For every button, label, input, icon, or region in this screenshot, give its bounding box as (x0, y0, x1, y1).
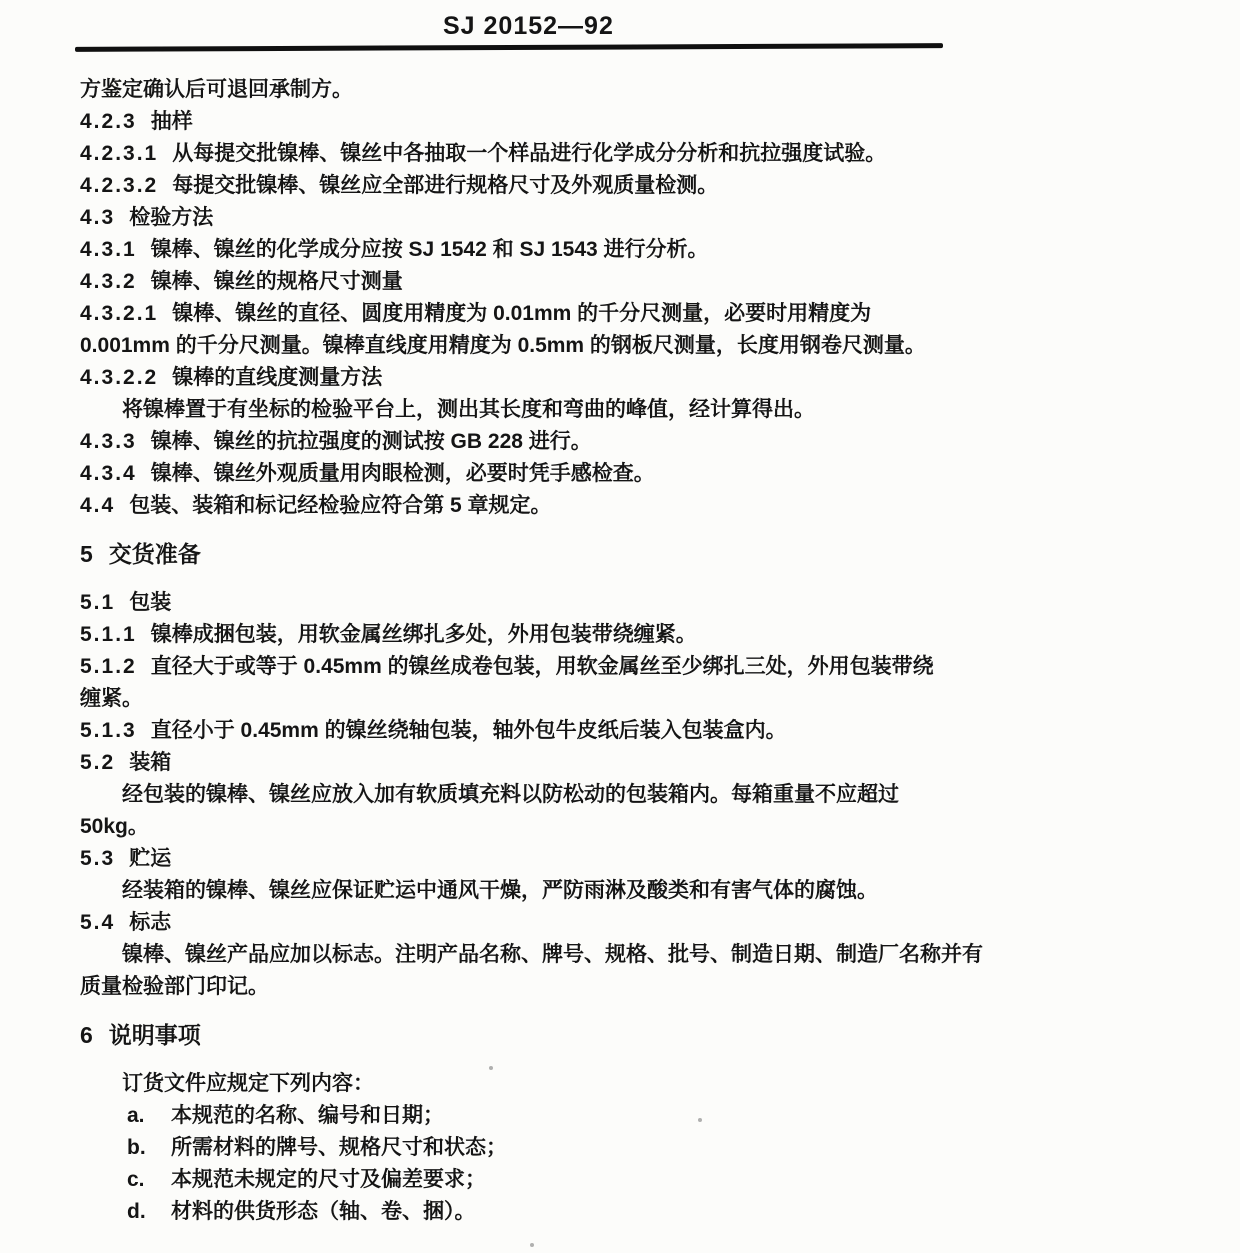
scan-speck (698, 1118, 702, 1122)
paragraph-line: 缠紧。 (80, 686, 1240, 712)
clause-line: 4.3.2.1镍棒、镍丝的直径、圆度用精度为 0.01mm 的千分尺测量，必要时… (80, 301, 1240, 327)
list-item: a.本规范的名称、编号和日期； (80, 1103, 1240, 1129)
line-text: 镍棒、镍丝的规格尺寸测量 (151, 270, 403, 293)
paragraph-line: 订货文件应规定下列内容： (80, 1071, 1240, 1097)
line-text: 经包装的镍棒、镍丝应放入加有软质填充料以防松动的包装箱内。每箱重量不应超过 (122, 783, 899, 806)
line-text: 0.001mm 的千分尺测量。镍棒直线度用精度为 0.5mm 的钢板尺测量，长度… (80, 334, 926, 357)
clause-number: 4.3.2.2 (80, 365, 158, 391)
clause-line: 4.3.3镍棒、镍丝的抗拉强度的测试按 GB 228 进行。 (80, 429, 1240, 455)
line-text: 交货准备 (109, 541, 201, 567)
clause-number: 4.3 (80, 205, 115, 231)
line-text: 贮运 (129, 847, 171, 870)
clause-number: 5.1 (80, 590, 115, 616)
section-heading: 5交货准备 (80, 540, 1240, 568)
line-text: 经装箱的镍棒、镍丝应保证贮运中通风干燥，严防雨淋及酸类和有害气体的腐蚀。 (122, 879, 878, 902)
line-text: 本规范未规定的尺寸及偏差要求； (171, 1168, 486, 1191)
page-header: SJ 20152—92 (0, 0, 1240, 50)
line-text: 镍棒、镍丝外观质量用肉眼检测，必要时凭手感检查。 (151, 462, 655, 485)
paragraph-line: 经装箱的镍棒、镍丝应保证贮运中通风干燥，严防雨淋及酸类和有害气体的腐蚀。 (80, 878, 1240, 904)
clause-number: 4.3.4 (80, 461, 137, 487)
clause-number: 5 (80, 540, 93, 568)
clause-line: 4.3.2镍棒、镍丝的规格尺寸测量 (80, 269, 1240, 295)
line-text: 镍棒、镍丝的抗拉强度的测试按 GB 228 进行。 (151, 430, 592, 453)
clause-line: 4.4包装、装箱和标记经检验应符合第 5 章规定。 (80, 493, 1240, 519)
clause-line: 5.4标志 (80, 910, 1240, 936)
clause-number: 4.3.3 (80, 429, 137, 455)
clause-number: 4.2.3.1 (80, 141, 158, 167)
line-text: 装箱 (129, 751, 171, 774)
document-page: SJ 20152—92 方鉴定确认后可退回承制方。4.2.3抽样4.2.3.1从… (0, 0, 1240, 1253)
line-text: 说明事项 (109, 1022, 201, 1048)
paragraph-line: 经包装的镍棒、镍丝应放入加有软质填充料以防松动的包装箱内。每箱重量不应超过 (80, 782, 1240, 808)
content: 方鉴定确认后可退回承制方。4.2.3抽样4.2.3.1从每提交批镍棒、镍丝中各抽… (80, 77, 1240, 1225)
line-text: 缠紧。 (80, 687, 143, 710)
clause-number: 5.3 (80, 846, 115, 872)
clause-number: 4.3.2 (80, 269, 137, 295)
line-text: 抽样 (151, 110, 193, 133)
line-text: 镍棒成捆包装，用软金属丝绑扎多处，外用包装带绕缠紧。 (151, 623, 697, 646)
clause-line: 4.3.1镍棒、镍丝的化学成分应按 SJ 1542 和 SJ 1543 进行分析… (80, 237, 1240, 263)
clause-line: 4.2.3.1从每提交批镍棒、镍丝中各抽取一个样品进行化学成分分析和抗拉强度试验… (80, 141, 1240, 167)
line-text: 镍棒的直线度测量方法 (172, 366, 382, 389)
line-text: 每提交批镍棒、镍丝应全部进行规格尺寸及外观质量检测。 (172, 174, 718, 197)
line-text: 包装 (129, 591, 171, 614)
paragraph-line: 镍棒、镍丝产品应加以标志。注明产品名称、牌号、规格、批号、制造日期、制造厂名称并… (80, 942, 1240, 968)
clause-number: 5.1.1 (80, 622, 137, 648)
paragraph-line: 50kg。 (80, 814, 1240, 840)
line-text: 将镍棒置于有坐标的检验平台上，测出其长度和弯曲的峰值，经计算得出。 (122, 398, 815, 421)
clause-line: 5.2装箱 (80, 750, 1240, 776)
clause-line: 5.1.2直径大于或等于 0.45mm 的镍丝成卷包装，用软金属丝至少绑扎三处，… (80, 654, 1240, 680)
item-letter: d. (127, 1199, 157, 1225)
clause-number: 5.4 (80, 910, 115, 936)
clause-number: 4.2.3.2 (80, 173, 158, 199)
paragraph-line: 方鉴定确认后可退回承制方。 (80, 77, 1240, 103)
clause-line: 5.1.3直径小于 0.45mm 的镍丝绕轴包装，轴外包牛皮纸后装入包装盒内。 (80, 718, 1240, 744)
list-item: d.材料的供货形态（轴、卷、捆）。 (80, 1199, 1240, 1225)
standard-number: SJ 20152—92 (443, 12, 614, 40)
clause-line: 4.3.4镍棒、镍丝外观质量用肉眼检测，必要时凭手感检查。 (80, 461, 1240, 487)
item-letter: b. (127, 1135, 157, 1161)
line-text: 订货文件应规定下列内容： (122, 1072, 374, 1095)
scan-speck (530, 1243, 534, 1247)
item-letter: a. (127, 1103, 157, 1129)
section-heading: 6说明事项 (80, 1021, 1240, 1049)
line-text: 直径大于或等于 0.45mm 的镍丝成卷包装，用软金属丝至少绑扎三处，外用包装带… (151, 655, 934, 678)
line-text: 质量检验部门印记。 (80, 975, 269, 998)
line-text: 检验方法 (129, 206, 213, 229)
clause-line: 4.2.3抽样 (80, 109, 1240, 135)
line-text: 材料的供货形态（轴、卷、捆）。 (171, 1200, 476, 1223)
paragraph-line: 0.001mm 的千分尺测量。镍棒直线度用精度为 0.5mm 的钢板尺测量，长度… (80, 333, 1240, 359)
line-text: 标志 (129, 911, 171, 934)
line-text: 本规范的名称、编号和日期； (171, 1104, 444, 1127)
list-item: b.所需材料的牌号、规格尺寸和状态； (80, 1135, 1240, 1161)
clause-line: 4.3检验方法 (80, 205, 1240, 231)
clause-number: 5.1.2 (80, 654, 137, 680)
clause-number: 5.1.3 (80, 718, 137, 744)
line-text: 镍棒、镍丝的直径、圆度用精度为 0.01mm 的千分尺测量，必要时用精度为 (172, 302, 871, 325)
clause-number: 4.3.2.1 (80, 301, 158, 327)
clause-line: 5.1包装 (80, 590, 1240, 616)
line-text: 方鉴定确认后可退回承制方。 (80, 78, 353, 101)
clause-number: 6 (80, 1021, 93, 1049)
clause-number: 4.4 (80, 493, 115, 519)
item-letter: c. (127, 1167, 157, 1193)
line-text: 直径小于 0.45mm 的镍丝绕轴包装，轴外包牛皮纸后装入包装盒内。 (151, 719, 787, 742)
line-text: 50kg。 (80, 815, 149, 838)
list-item: c.本规范未规定的尺寸及偏差要求； (80, 1167, 1240, 1193)
clause-number: 5.2 (80, 750, 115, 776)
paragraph-line: 质量检验部门印记。 (80, 974, 1240, 1000)
clause-line: 4.2.3.2每提交批镍棒、镍丝应全部进行规格尺寸及外观质量检测。 (80, 173, 1240, 199)
clause-number: 4.3.1 (80, 237, 137, 263)
clause-line: 5.3贮运 (80, 846, 1240, 872)
line-text: 镍棒、镍丝的化学成分应按 SJ 1542 和 SJ 1543 进行分析。 (151, 238, 709, 261)
clause-line: 4.3.2.2镍棒的直线度测量方法 (80, 365, 1240, 391)
line-text: 包装、装箱和标记经检验应符合第 5 章规定。 (129, 494, 551, 517)
paragraph-line: 将镍棒置于有坐标的检验平台上，测出其长度和弯曲的峰值，经计算得出。 (80, 397, 1240, 423)
scan-speck (489, 1066, 493, 1070)
line-text: 从每提交批镍棒、镍丝中各抽取一个样品进行化学成分分析和抗拉强度试验。 (172, 142, 886, 165)
header-rule (75, 43, 943, 52)
line-text: 镍棒、镍丝产品应加以标志。注明产品名称、牌号、规格、批号、制造日期、制造厂名称并… (122, 943, 983, 966)
clause-number: 4.2.3 (80, 109, 137, 135)
line-text: 所需材料的牌号、规格尺寸和状态； (171, 1136, 507, 1159)
clause-line: 5.1.1镍棒成捆包装，用软金属丝绑扎多处，外用包装带绕缠紧。 (80, 622, 1240, 648)
